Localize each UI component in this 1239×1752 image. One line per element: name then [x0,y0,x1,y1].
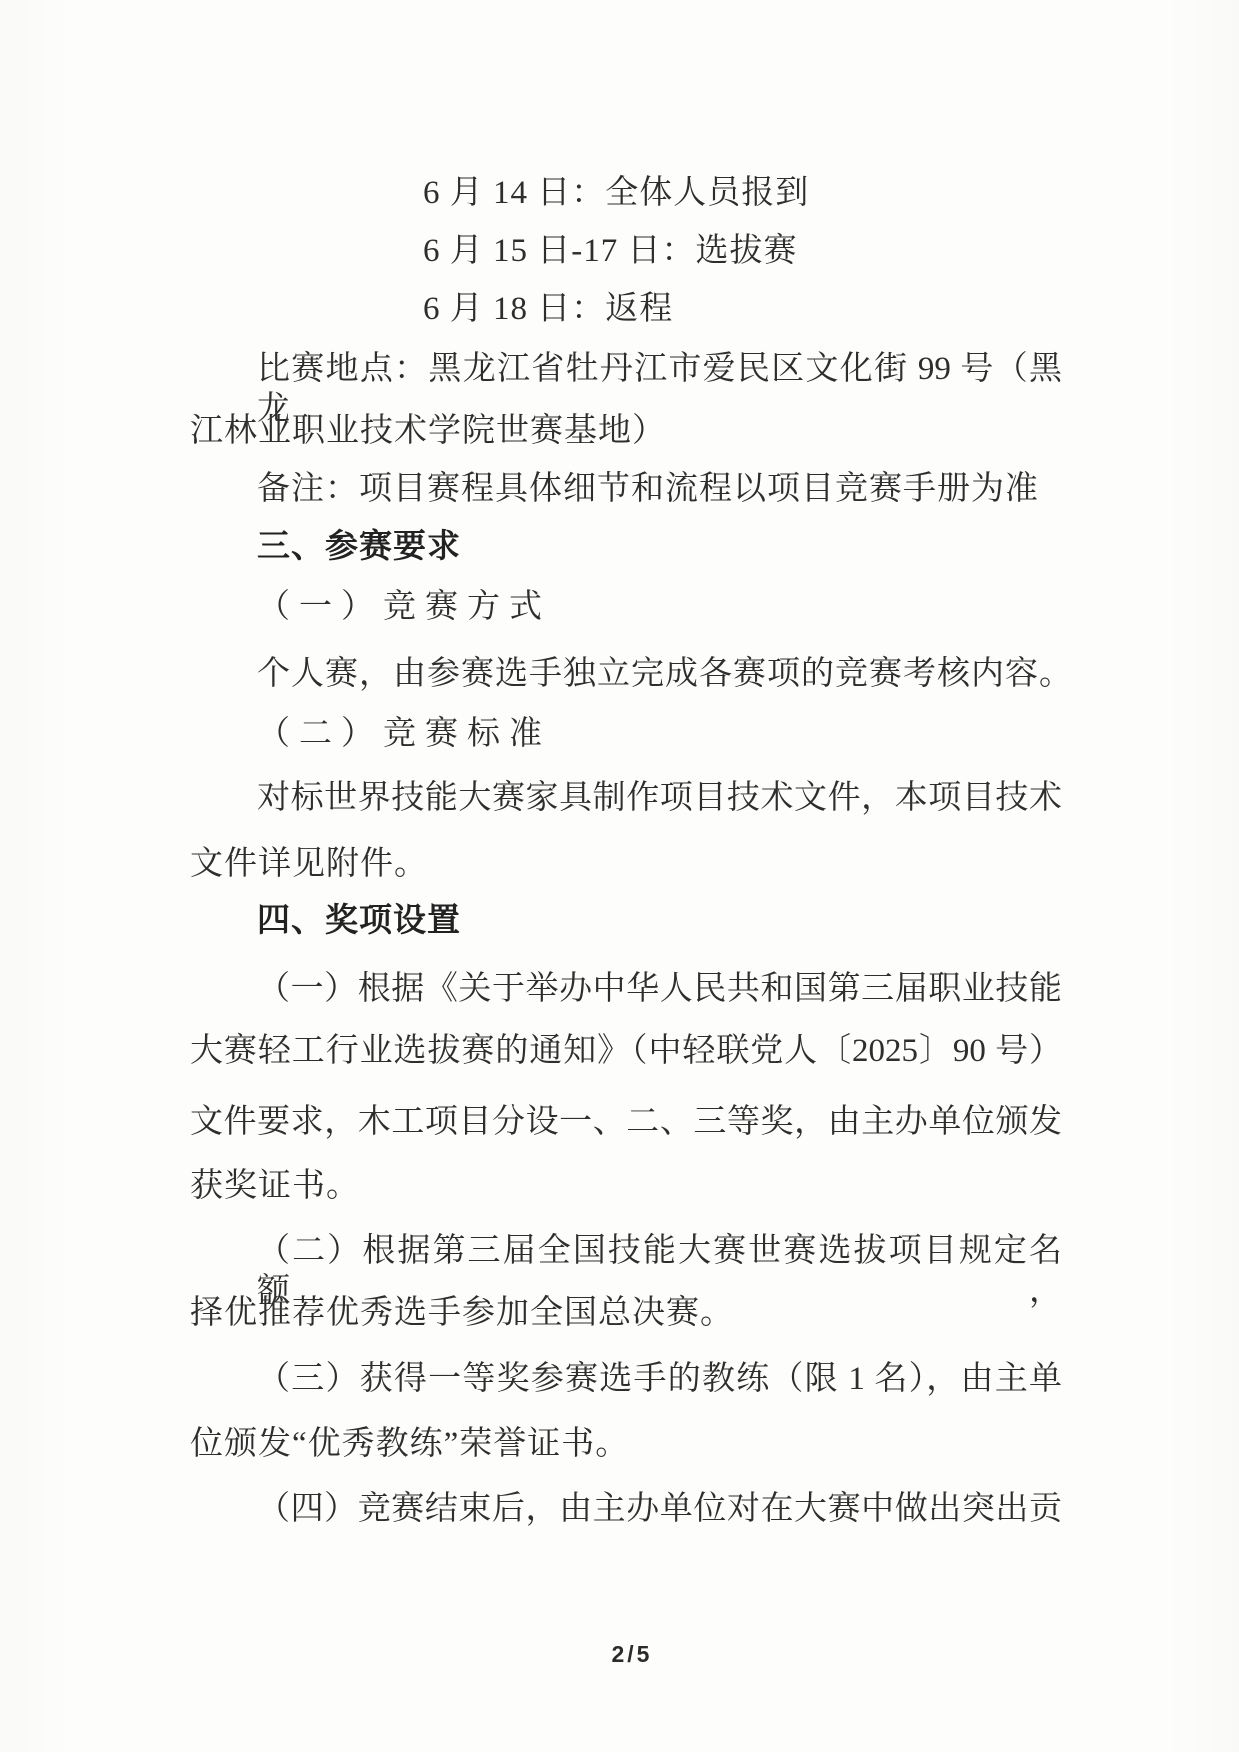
body-line: （四）竞赛结束后，由主办单位对在大赛中做出突出贡 [257,1489,1062,1529]
document-page: 6 月 14 日：全体人员报到 6 月 15 日-17 日：选拔赛 6 月 18… [0,0,1239,1752]
subsection-title: （一）竞赛方式 [257,587,551,627]
body-line: 文件详见附件。 [190,844,428,884]
body-line: 获奖证书。 [190,1166,360,1206]
body-line: 对标世界技能大赛家具制作项目技术文件，本项目技术 [257,778,1062,818]
section-heading-3: 三、参赛要求 [257,527,461,567]
body-line: （三）获得一等奖参赛选手的教练（限 1 名），由主单 [257,1359,1062,1399]
remark-line: 备注：项目赛程具体细节和流程以项目竞赛手册为准 [257,469,1039,509]
section-heading-4: 四、奖项设置 [257,901,461,941]
venue-line: 江林业职业技术学院世赛基地） [190,411,666,451]
body-line: 大赛轻工行业选拔赛的通知》（中轻联党人〔2025〕90 号） [190,1031,1062,1071]
body-line: 个人赛，由参赛选手独立完成各赛项的竞赛考核内容。 [257,654,1073,694]
body-line: （一）根据《关于举办中华人民共和国第三届职业技能 [257,969,1062,1009]
body-line: 文件要求，木工项目分设一、二、三等奖，由主办单位颁发 [190,1102,1062,1142]
page-number: 2/5 [552,1641,712,1668]
subsection-title: （二）竞赛标准 [257,714,551,754]
schedule-line: 6 月 14 日：全体人员报到 [423,173,809,213]
body-line: 位颁发“优秀教练”荣誉证书。 [190,1424,629,1464]
body-line: 择优推荐优秀选手参加全国总决赛。 [190,1293,734,1333]
schedule-line: 6 月 15 日-17 日：选拔赛 [423,231,798,271]
schedule-line: 6 月 18 日：返程 [423,289,673,329]
